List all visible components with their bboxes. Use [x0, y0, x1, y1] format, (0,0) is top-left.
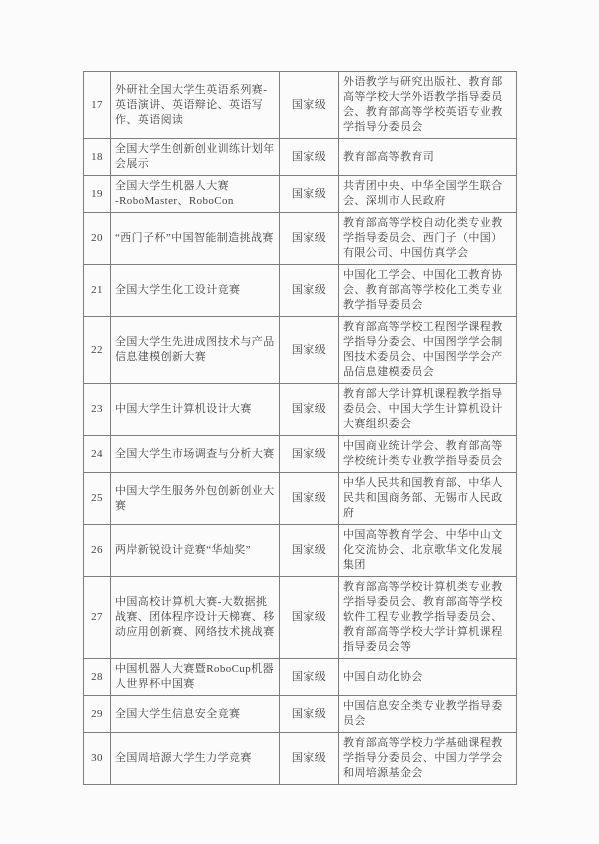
- table-row: 29 全国大学生信息安全竞赛 国家级 中国信息安全类专业教学指导委员会: [84, 696, 517, 733]
- organizer-cell: 中国商业统计学会、教育部高等学校统计类专业教学指导委员会: [339, 436, 517, 473]
- table-row: 19 全国大学生机器人大赛 -RoboMaster、RoboCon 国家级 共青…: [84, 176, 517, 213]
- organizer-cell: 教育部高等学校力学基础课程教学指导分委员会、中国力学学会和周培源基金会: [339, 733, 517, 785]
- level-cell: 国家级: [280, 473, 339, 525]
- row-number-cell: 26: [84, 525, 111, 577]
- table-row: 24 全国大学生市场调查与分析大赛 国家级 中国商业统计学会、教育部高等学校统计…: [84, 436, 517, 473]
- organizer-cell: 外语教学与研究出版社、教育部高等学校大学外语教学指导委员会、教育部高等学校英语专…: [339, 72, 517, 139]
- organizer-cell: 中国化工学会、中国化工教育协会、教育部高等学校化工类专业教学指导委员会: [339, 265, 517, 317]
- table-row: 21 全国大学生化工设计竞赛 国家级 中国化工学会、中国化工教育协会、教育部高等…: [84, 265, 517, 317]
- organizer-cell: 中华人民共和国教育部、中华人民共和国商务部、无锡市人民政府: [339, 473, 517, 525]
- organizer-cell: 中国自动化协会: [339, 659, 517, 696]
- level-cell: 国家级: [280, 139, 339, 176]
- row-number-cell: 17: [84, 72, 111, 139]
- row-number-cell: 18: [84, 139, 111, 176]
- competition-table: 17 外研社全国大学生英语系列赛- 英语演讲、英语辩论、英语写作、英语阅读 国家…: [83, 71, 517, 785]
- level-cell: 国家级: [280, 659, 339, 696]
- row-number-cell: 19: [84, 176, 111, 213]
- table-row: 30 全国周培源大学生力学竞赛 国家级 教育部高等学校力学基础课程教学指导分委员…: [84, 733, 517, 785]
- row-number-cell: 27: [84, 577, 111, 659]
- table-row: 27 中国高校计算机大赛-大数据挑战赛、团体程序设计天梯赛、移动应用创新赛、网络…: [84, 577, 517, 659]
- organizer-cell: 教育部高等学校工程图学课程教学指导分委会、中国图学学会制图技术委员会、中国图学学…: [339, 317, 517, 384]
- competition-name-cell: 全国周培源大学生力学竞赛: [111, 733, 280, 785]
- table-row: 23 中国大学生计算机设计大赛 国家级 教育部大学计算机课程教学指导委员会、中国…: [84, 384, 517, 436]
- level-cell: 国家级: [280, 525, 339, 577]
- table-row: 18 全国大学生创新创业训练计划年会展示 国家级 教育部高等教育司: [84, 139, 517, 176]
- competition-name-cell: “西门子杯”中国智能制造挑战赛: [111, 213, 280, 265]
- competition-name-cell: 外研社全国大学生英语系列赛- 英语演讲、英语辩论、英语写作、英语阅读: [111, 72, 280, 139]
- level-cell: 国家级: [280, 317, 339, 384]
- level-cell: 国家级: [280, 176, 339, 213]
- row-number-cell: 28: [84, 659, 111, 696]
- table-row: 25 中国大学生服务外包创新创业大赛 国家级 中华人民共和国教育部、中华人民共和…: [84, 473, 517, 525]
- table-row: 26 两岸新锐设计竞赛“华灿奖” 国家级 中国高等教育学会、中华中山文化交流协会…: [84, 525, 517, 577]
- scanned-document-page: 17 外研社全国大学生英语系列赛- 英语演讲、英语辩论、英语写作、英语阅读 国家…: [0, 0, 599, 844]
- competition-name-cell: 中国机器人大赛暨RoboCup机器人世界杯中国赛: [111, 659, 280, 696]
- level-cell: 国家级: [280, 696, 339, 733]
- level-cell: 国家级: [280, 384, 339, 436]
- level-cell: 国家级: [280, 72, 339, 139]
- table-row: 22 全国大学生先进成图技术与产品信息建模创新大赛 国家级 教育部高等学校工程图…: [84, 317, 517, 384]
- row-number-cell: 30: [84, 733, 111, 785]
- organizer-cell: 教育部高等学校自动化类专业教学指导委员会、西门子（中国）有限公司、中国仿真学会: [339, 213, 517, 265]
- row-number-cell: 20: [84, 213, 111, 265]
- competition-name-cell: 全国大学生机器人大赛 -RoboMaster、RoboCon: [111, 176, 280, 213]
- competition-name-cell: 全国大学生先进成图技术与产品信息建模创新大赛: [111, 317, 280, 384]
- organizer-cell: 教育部大学计算机课程教学指导委员会、中国大学生计算机设计大赛组织委会: [339, 384, 517, 436]
- organizer-cell: 中国信息安全类专业教学指导委员会: [339, 696, 517, 733]
- level-cell: 国家级: [280, 733, 339, 785]
- row-number-cell: 25: [84, 473, 111, 525]
- organizer-cell: 中国高等教育学会、中华中山文化交流协会、北京歌华文化发展集团: [339, 525, 517, 577]
- competition-table-body: 17 外研社全国大学生英语系列赛- 英语演讲、英语辩论、英语写作、英语阅读 国家…: [84, 72, 517, 785]
- competition-name-cell: 全国大学生信息安全竞赛: [111, 696, 280, 733]
- row-number-cell: 23: [84, 384, 111, 436]
- competition-name-cell: 中国大学生计算机设计大赛: [111, 384, 280, 436]
- competition-name-cell: 两岸新锐设计竞赛“华灿奖”: [111, 525, 280, 577]
- competition-name-cell: 全国大学生市场调查与分析大赛: [111, 436, 280, 473]
- table-row: 20 “西门子杯”中国智能制造挑战赛 国家级 教育部高等学校自动化类专业教学指导…: [84, 213, 517, 265]
- organizer-cell: 共青团中央、中华全国学生联合会、深圳市人民政府: [339, 176, 517, 213]
- row-number-cell: 22: [84, 317, 111, 384]
- competition-name-cell: 中国高校计算机大赛-大数据挑战赛、团体程序设计天梯赛、移动应用创新赛、网络技术挑…: [111, 577, 280, 659]
- level-cell: 国家级: [280, 213, 339, 265]
- level-cell: 国家级: [280, 436, 339, 473]
- row-number-cell: 24: [84, 436, 111, 473]
- competition-name-cell: 中国大学生服务外包创新创业大赛: [111, 473, 280, 525]
- row-number-cell: 29: [84, 696, 111, 733]
- organizer-cell: 教育部高等学校计算机类专业教学指导委员会、教育部高等学校软件工程专业教学指导委员…: [339, 577, 517, 659]
- level-cell: 国家级: [280, 577, 339, 659]
- table-row: 28 中国机器人大赛暨RoboCup机器人世界杯中国赛 国家级 中国自动化协会: [84, 659, 517, 696]
- organizer-cell: 教育部高等教育司: [339, 139, 517, 176]
- table-row: 17 外研社全国大学生英语系列赛- 英语演讲、英语辩论、英语写作、英语阅读 国家…: [84, 72, 517, 139]
- row-number-cell: 21: [84, 265, 111, 317]
- competition-name-cell: 全国大学生创新创业训练计划年会展示: [111, 139, 280, 176]
- competition-name-cell: 全国大学生化工设计竞赛: [111, 265, 280, 317]
- level-cell: 国家级: [280, 265, 339, 317]
